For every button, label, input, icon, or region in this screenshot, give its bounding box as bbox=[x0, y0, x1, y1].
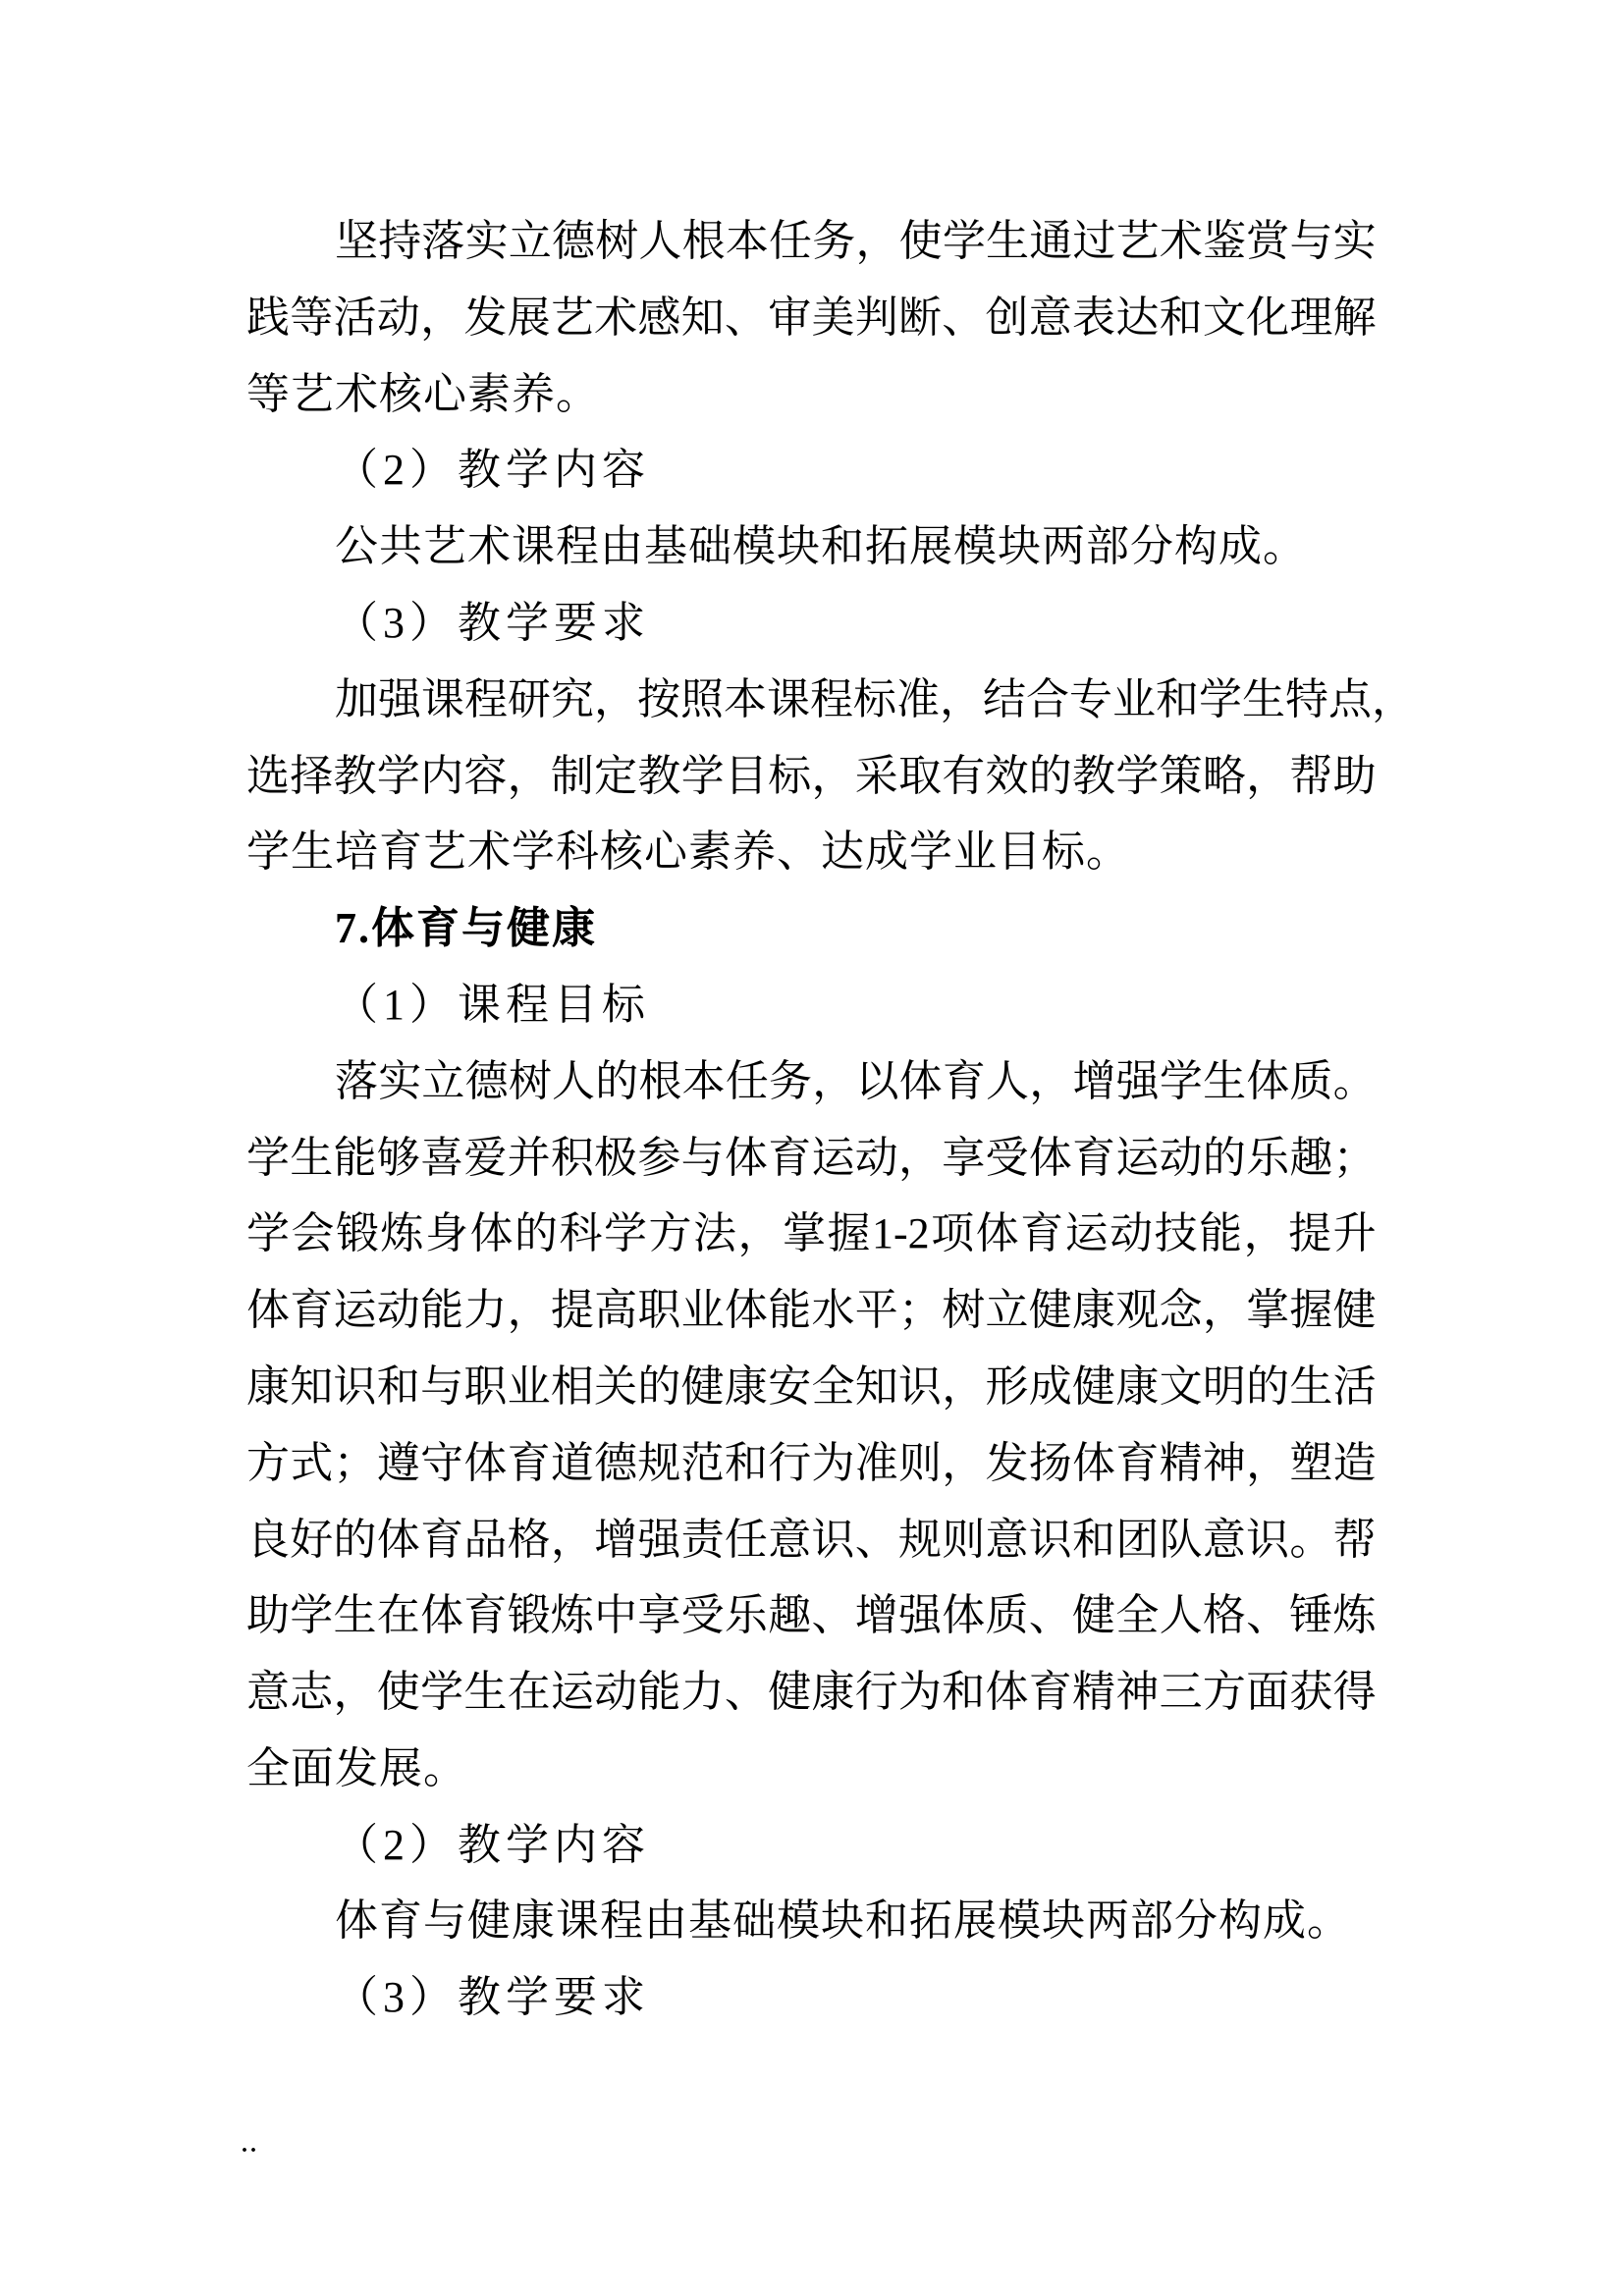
text-line: 选择教学内容，制定教学目标，采取有效的教学策略，帮助 bbox=[246, 752, 1377, 801]
section-heading: （2）教学内容 bbox=[246, 446, 1377, 495]
text-line: 学生培育艺术学科核心素养、达成学业目标。 bbox=[246, 828, 1377, 877]
text-line: 学会锻炼身体的科学方法，掌握1-2项体育运动技能，提升 bbox=[246, 1209, 1377, 1258]
text-line: 学生能够喜爱并积极参与体育运动，享受体育运动的乐趣； bbox=[246, 1134, 1377, 1183]
text-line: 体育运动能力，提高职业体能水平；树立健康观念，掌握健 bbox=[246, 1286, 1377, 1335]
text-line: 公共艺术课程由基础模块和拓展模块两部分构成。 bbox=[246, 522, 1377, 571]
text-line: 良好的体育品格，增强责任意识、规则意识和团队意识。帮 bbox=[246, 1516, 1377, 1565]
text-line: 意志，使学生在运动能力、健康行为和体育精神三方面获得 bbox=[246, 1668, 1377, 1717]
text-line: 助学生在体育锻炼中享受乐趣、增强体质、健全人格、锤炼 bbox=[246, 1591, 1377, 1640]
text-line: 坚持落实立德树人根本任务，使学生通过艺术鉴赏与实 bbox=[335, 217, 1377, 266]
text-line: 加强课程研究，按照本课程标准，结合专业和学生特点， bbox=[335, 675, 1377, 724]
section-heading: （3）教学要求 bbox=[246, 1973, 1377, 2022]
section-heading: （3）教学要求 bbox=[246, 599, 1377, 648]
text-line: 全面发展。 bbox=[246, 1744, 1377, 1793]
text-line: 康知识和与职业相关的健康安全知识，形成健康文明的生活 bbox=[246, 1362, 1377, 1412]
footer-mark: .. bbox=[242, 2132, 259, 2159]
document-page: 坚持落实立德树人根本任务，使学生通过艺术鉴赏与实 践等活动，发展艺术感知、审美判… bbox=[0, 0, 1624, 2296]
text-line: 落实立德树人的根本任务，以体育人，增强学生体质。 bbox=[335, 1057, 1377, 1106]
text-line: 等艺术核心素养。 bbox=[246, 370, 1377, 419]
text-line: 体育与健康课程由基础模块和拓展模块两部分构成。 bbox=[246, 1896, 1377, 1946]
section-heading: （2）教学内容 bbox=[246, 1821, 1377, 1870]
text-line: 方式；遵守体育道德规范和行为准则，发扬体育精神，塑造 bbox=[246, 1439, 1377, 1488]
text-line: 践等活动，发展艺术感知、审美判断、创意表达和文化理解 bbox=[246, 294, 1377, 343]
section-heading: （1）课程目标 bbox=[246, 981, 1377, 1030]
chapter-heading: 7.体育与健康 bbox=[246, 904, 1377, 953]
